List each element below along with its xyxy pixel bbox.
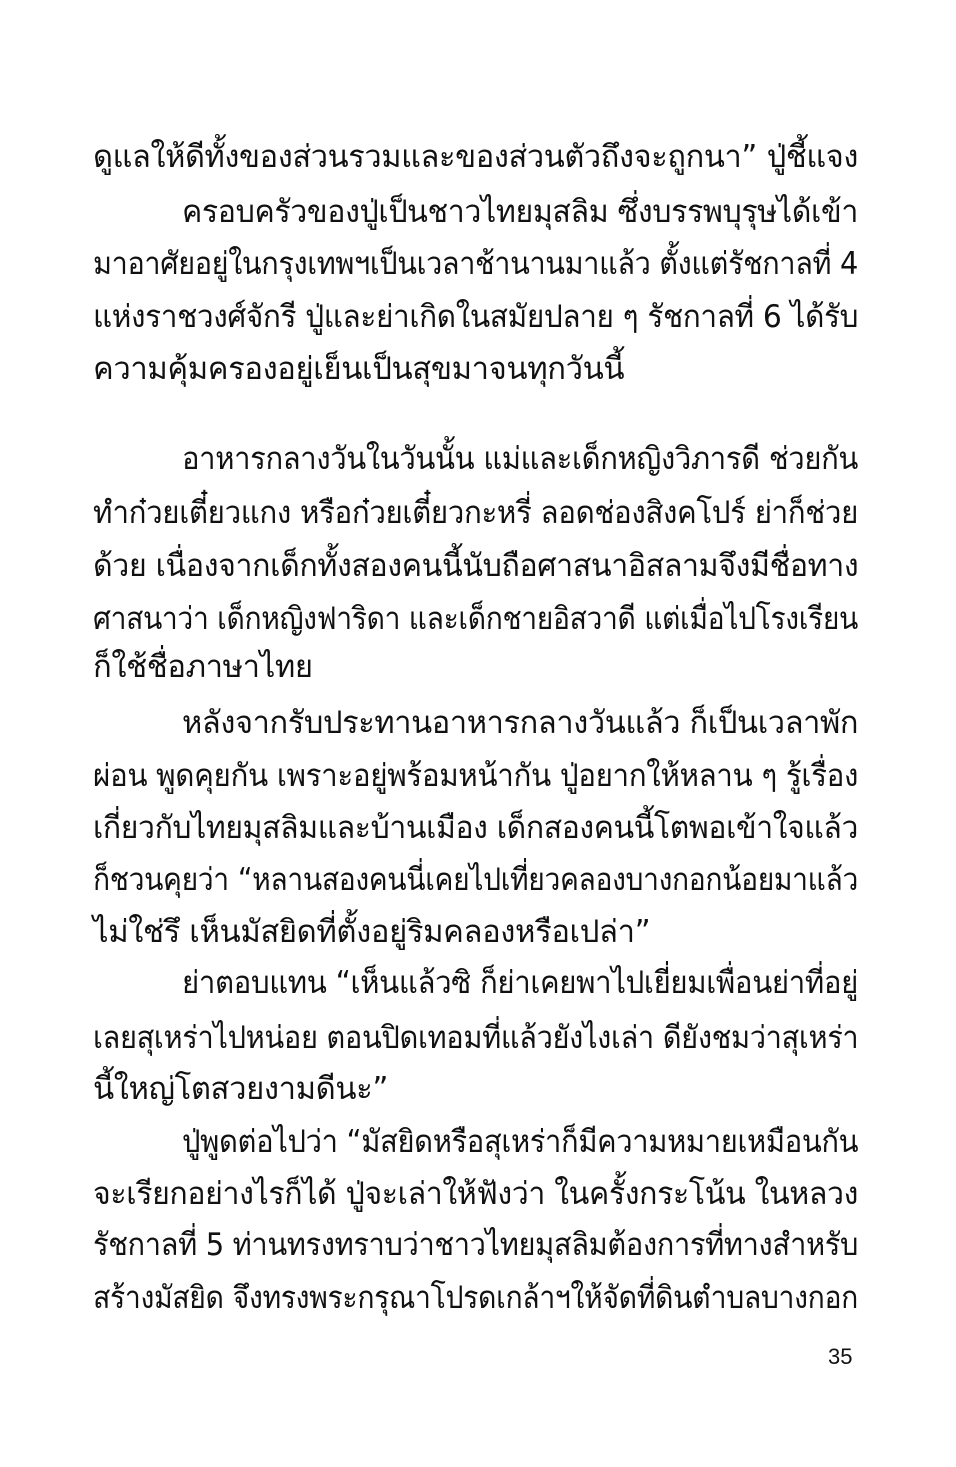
text-line: ครอบครัวของปู่เป็นชาวไทยมุสลิม ซึ่งบรรพบ… <box>182 192 858 232</box>
text-line: ก็ชวนคุยว่า “หลานสองคนนี่เคยไปเที่ยวคลอง… <box>93 860 858 900</box>
text-line: เกี่ยวกับไทยมุสลิมและบ้านเมือง เด็กสองคน… <box>93 808 858 848</box>
text-line: ไม่ใช่รึ เห็นมัสยิดที่ตั้งอยู่ริมคลองหรื… <box>93 912 858 952</box>
text-line: นี้ใหญ่โตสวยงามดีนะ” <box>93 1069 858 1109</box>
page-number: 35 <box>828 1344 852 1370</box>
text-line: ศาสนาว่า เด็กหญิงฟาริดา และเด็กชายอิสวาด… <box>93 599 858 639</box>
text-line: อาหารกลางวันในวันนั้น แม่และเด็กหญิงวิภา… <box>182 439 858 479</box>
text-line: ด้วย เนื่องจากเด็กทั้งสองคนนี้นับถือศาสน… <box>93 546 858 586</box>
text-line: แห่งราชวงศ์จักรี ปู่และย่าเกิดในสมัยปลาย… <box>93 297 858 337</box>
text-line: สร้างมัสยิด จึงทรงพระกรุณาโปรดเกล้าฯให้จ… <box>93 1278 858 1318</box>
text-line: ดูแลให้ดีทั้งของส่วนรวมและของส่วนตัวถึงจ… <box>93 137 858 177</box>
text-line: รัชกาลที่ 5 ท่านทรงทราบว่าชาวไทยมุสลิมต้… <box>93 1225 858 1265</box>
text-line: เลยสุเหร่าไปหน่อย ตอนปิดเทอมที่แล้วยังไง… <box>93 1018 858 1058</box>
document-page: ดูแลให้ดีทั้งของส่วนรวมและของส่วนตัวถึงจ… <box>0 0 956 1467</box>
text-line: ก็ใช้ชื่อภาษาไทย <box>93 647 858 687</box>
text-line: จะเรียกอย่างไรก็ได้ ปู่จะเล่าให้ฟังว่า ใ… <box>93 1174 858 1214</box>
text-line: ปู่พูดต่อไปว่า “มัสยิดหรือสุเหร่าก็มีควา… <box>182 1122 858 1162</box>
text-line: มาอาศัยอยู่ในกรุงเทพฯเป็นเวลาช้านานมาแล้… <box>93 244 858 284</box>
text-line: ทำก๋วยเตี๋ยวแกง หรือก๋วยเตี๋ยวกะหรี่ ลอด… <box>93 493 858 533</box>
text-line: ผ่อน พูดคุยกัน เพราะอยู่พร้อมหน้ากัน ปู่… <box>93 756 858 796</box>
text-line: หลังจากรับประทานอาหารกลางวันแล้ว ก็เป็นเ… <box>182 703 858 743</box>
text-line: ย่าตอบแทน “เห็นแล้วซิ ก็ย่าเคยพาไปเยี่ยม… <box>182 963 858 1003</box>
text-line: ความคุ้มครองอยู่เย็นเป็นสุขมาจนทุกวันนี้ <box>93 349 858 389</box>
